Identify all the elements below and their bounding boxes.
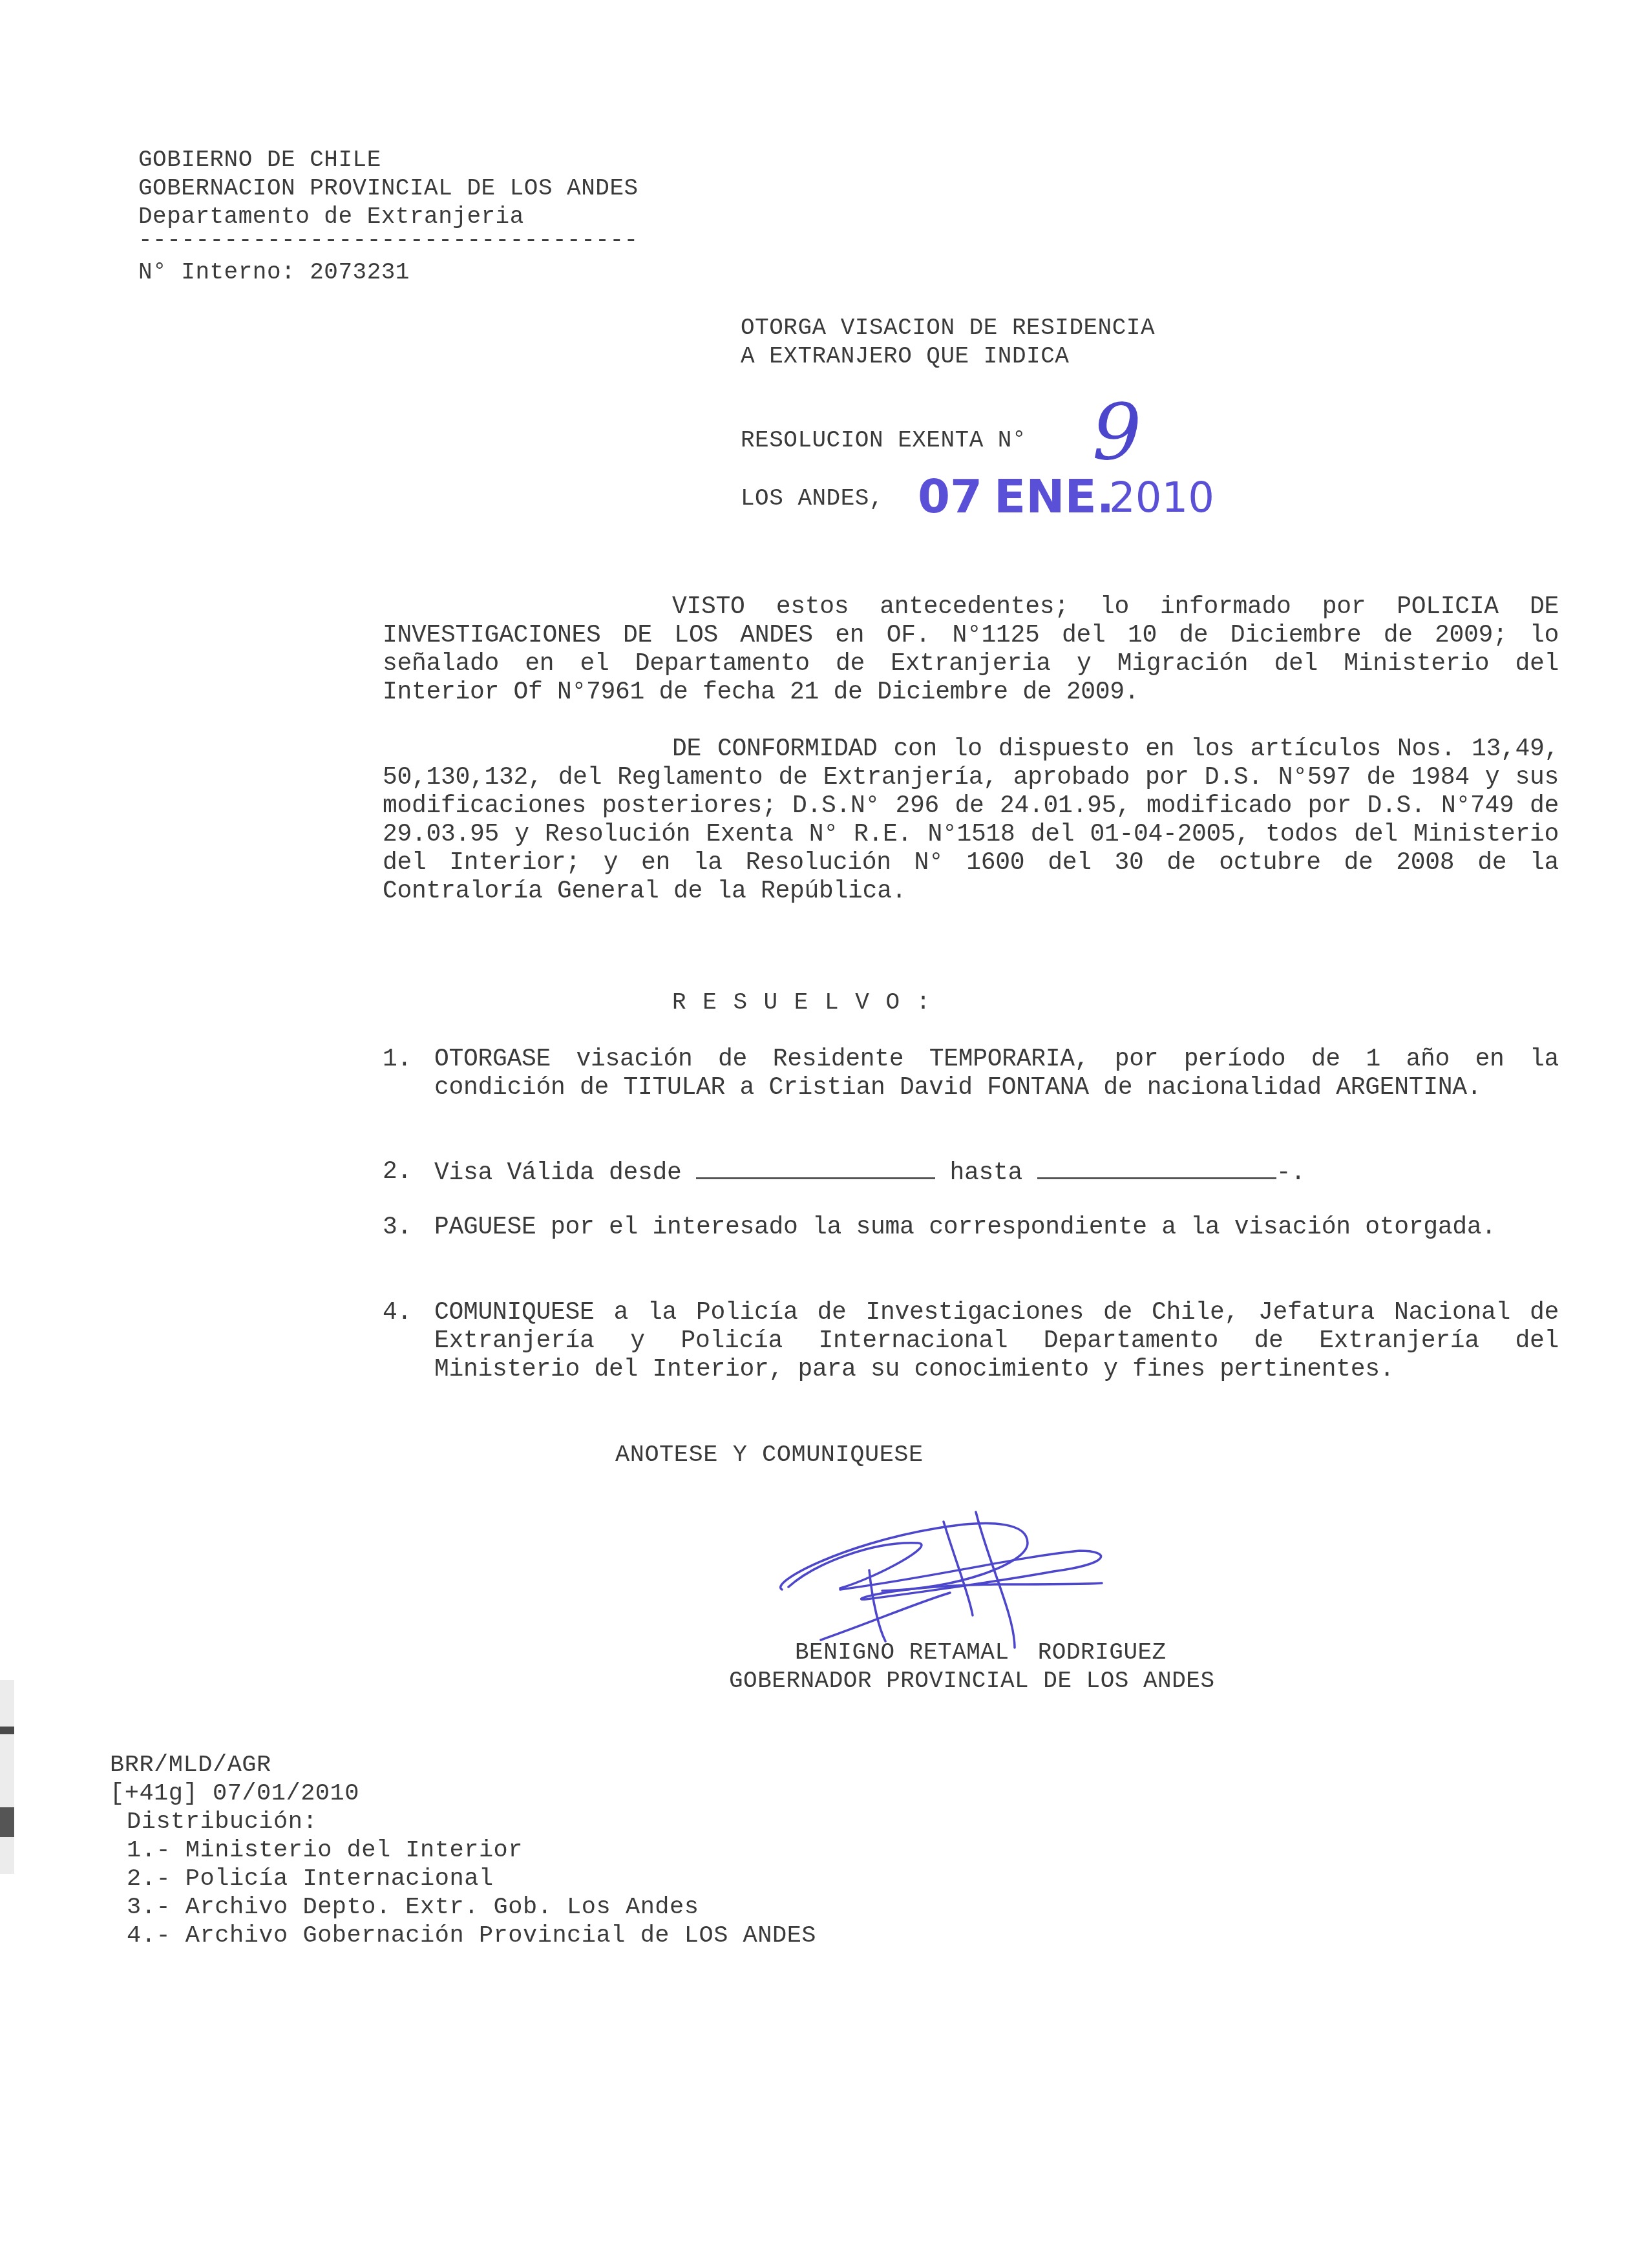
footer-initials: BRR/MLD/AGR: [110, 1751, 271, 1780]
place-label: LOS ANDES,: [741, 485, 883, 513]
item-2-suffix: -.: [1276, 1159, 1305, 1187]
signatory-title: GOBERNADOR PROVINCIAL DE LOS ANDES: [729, 1667, 1215, 1696]
conformidad-text: con lo dispuesto en los artículos Nos. 1…: [383, 735, 1559, 905]
scan-edge-mark: [0, 1807, 14, 1837]
consideration-visto: VISTO estos antecedentes; lo informado p…: [383, 593, 1559, 707]
date-stamp-month: ENE.: [994, 469, 1114, 523]
resolution-item-3: 3. PAGUESE por el interesado la suma cor…: [383, 1213, 1559, 1242]
letterhead-line-1: GOBIERNO DE CHILE: [138, 146, 381, 174]
item-text: COMUNIQUESE a la Policía de Investigacio…: [434, 1299, 1559, 1384]
resolution-item-1: 1. OTORGASE visación de Residente TEMPOR…: [383, 1045, 1559, 1102]
valid-from-field[interactable]: [696, 1158, 935, 1179]
scan-edge: [0, 1680, 14, 1874]
distribution-item: 3.- Archivo Depto. Extr. Gob. Los Andes: [127, 1893, 699, 1922]
item-text: PAGUESE por el interesado la suma corres…: [434, 1213, 1559, 1242]
resolution-item-4: 4. COMUNIQUESE a la Policía de Investiga…: [383, 1299, 1559, 1384]
subject-line-1: OTORGA VISACION DE RESIDENCIA: [741, 314, 1155, 342]
valid-to-label: hasta: [950, 1159, 1023, 1187]
subject-line-2: A EXTRANJERO QUE INDICA: [741, 342, 1069, 371]
resolution-number-handwritten: 9: [1092, 388, 1141, 478]
item-number: 1.: [383, 1045, 412, 1074]
item-number: 3.: [383, 1213, 412, 1242]
scan-edge-mark: [0, 1727, 14, 1734]
letterhead-line-2: GOBERNACION PROVINCIAL DE LOS ANDES: [138, 174, 639, 203]
signature: [743, 1493, 1196, 1661]
closing-text: ANOTESE Y COMUNIQUESE: [615, 1441, 924, 1469]
item-text: OTORGASE visación de Residente TEMPORARI…: [434, 1045, 1559, 1102]
item-number: 4.: [383, 1299, 412, 1327]
distribution-item: 2.- Policía Internacional: [127, 1865, 494, 1893]
visto-text: estos antecedentes; lo informado por POL…: [383, 593, 1559, 706]
resolvo-heading: R E S U E L V O :: [672, 989, 931, 1017]
internal-number: N° Interno: 2073231: [138, 258, 410, 287]
consideration-conformidad: DE CONFORMIDAD con lo dispuesto en los a…: [383, 735, 1559, 906]
distribution-label: Distribución:: [127, 1808, 317, 1836]
letterhead-separator: -----------------------------------: [138, 226, 639, 255]
footer-ref: [+41g] 07/01/2010: [110, 1780, 359, 1808]
distribution-item: 4.- Archivo Gobernación Provincial de LO…: [127, 1922, 816, 1950]
valid-to-field[interactable]: [1037, 1158, 1276, 1179]
conformidad-keyword: DE CONFORMIDAD: [672, 735, 877, 763]
valid-from-label: Visa Válida desde: [434, 1159, 682, 1187]
date-stamp-year: 2010: [1109, 474, 1214, 522]
resolution-item-2: 2. Visa Válida desde hasta -.: [383, 1158, 1559, 1188]
resolution-label: RESOLUCION EXENTA N°: [741, 426, 1026, 455]
item-number: 2.: [383, 1158, 412, 1186]
visto-keyword: VISTO: [672, 593, 745, 621]
signatory-name: BENIGNO RETAMAL RODRIGUEZ: [795, 1639, 1167, 1667]
distribution-item: 1.- Ministerio del Interior: [127, 1836, 523, 1865]
date-stamp-day: 07: [918, 469, 982, 523]
